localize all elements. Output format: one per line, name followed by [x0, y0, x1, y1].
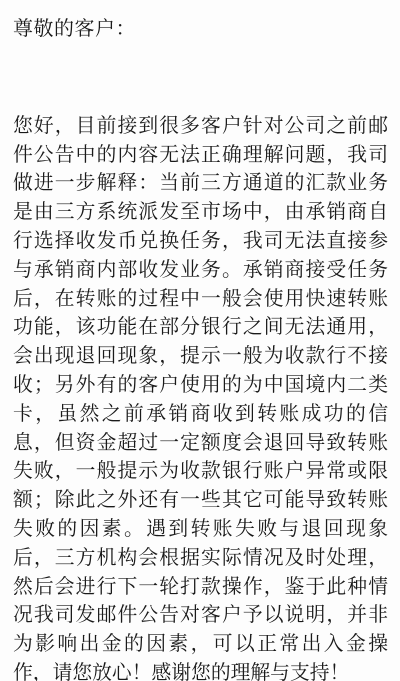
notice-body-text: 您好，目前接到很多客户针对公司之前邮件公告中的内容无法正确理解问题，我司做进一步… — [13, 112, 388, 681]
customer-notice-page: 尊敬的客户： 您好，目前接到很多客户针对公司之前邮件公告中的内容无法正确理解问题… — [0, 0, 400, 681]
salutation: 尊敬的客户： — [13, 15, 388, 44]
